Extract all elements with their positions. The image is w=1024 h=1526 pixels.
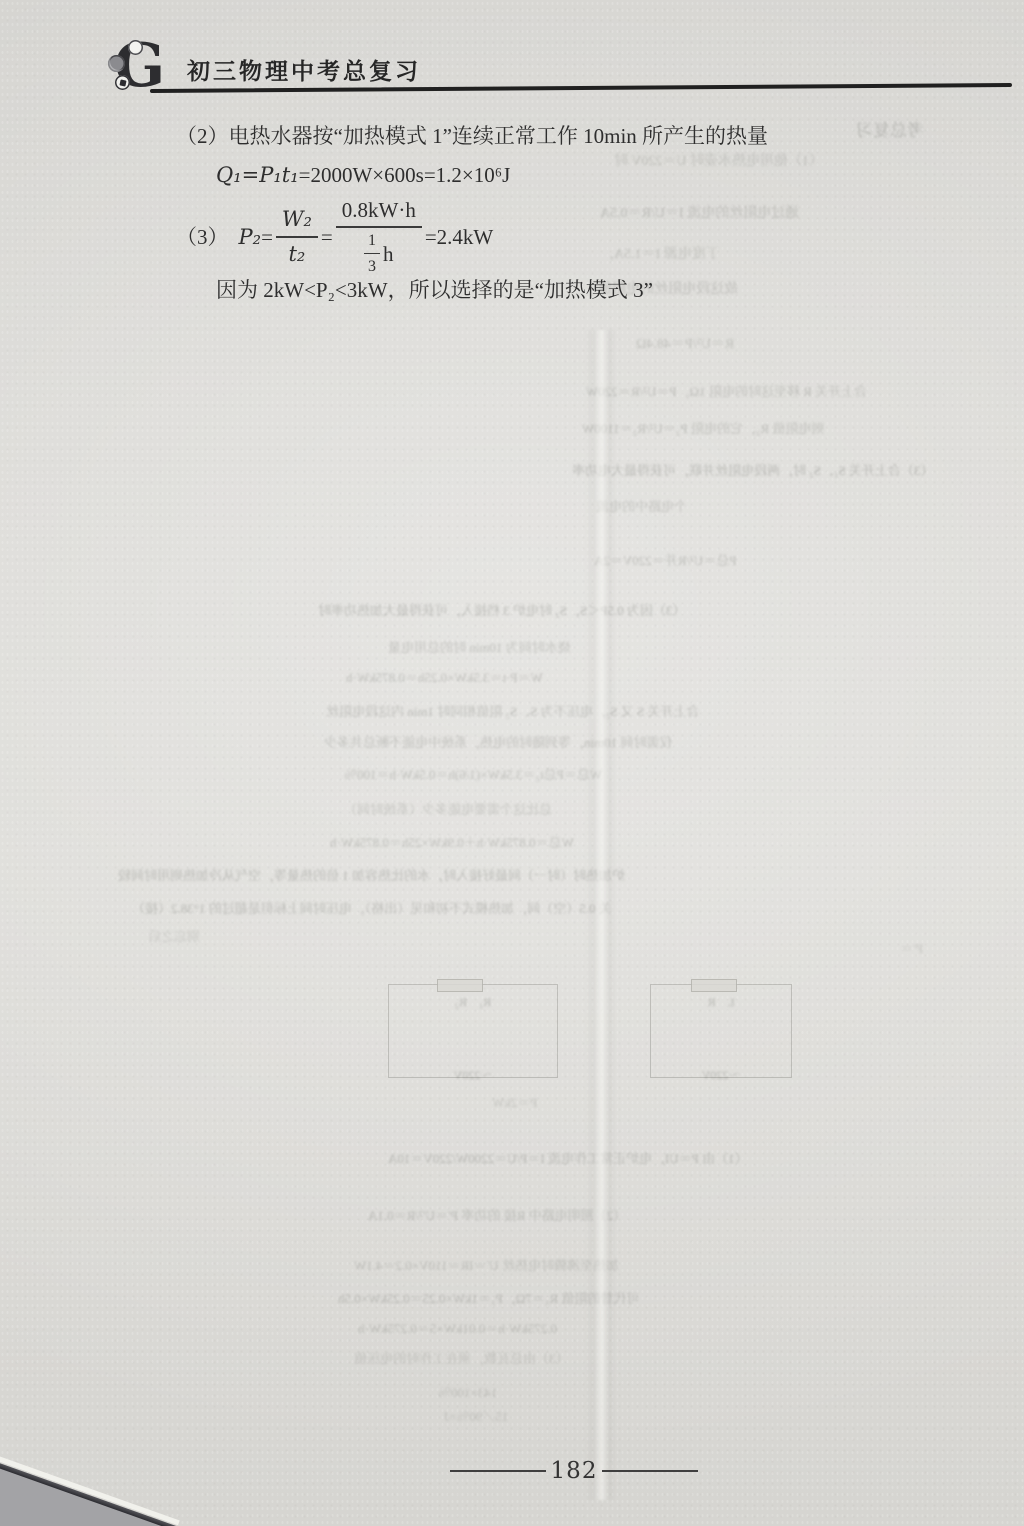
bleed-through-text: 考总复习 bbox=[856, 116, 924, 141]
page-number-rule-right bbox=[602, 1470, 698, 1472]
fraction-w2-t2: W₂ t₂ bbox=[276, 205, 318, 268]
bleed-through-text: 合上开关 S 又 S₂，电压不为 S、S₂ 阻值相同时 1min 内这段电阻丝 bbox=[326, 701, 699, 720]
bleed-through-text: W总＝P总t₂＝3.5kW×(1/6)h＝0.5kW·h＝100％ bbox=[344, 764, 602, 783]
bleed-through-text: 143×100％ bbox=[438, 1382, 497, 1401]
basketball-icon bbox=[108, 55, 125, 72]
unit-hours: h bbox=[383, 240, 394, 268]
bleed-through-text: 别忘之后 bbox=[148, 926, 200, 945]
scanned-book-page: 考总复习（1）他用电热水壶时 U＝220V 时通过电阻丝的电流 I＝U/R＝0.… bbox=[0, 0, 1024, 1526]
bleed-through-text: 炉加热时（时一）间最好接入时，水的比热容加 1 倍的热量等，空气从冷加热则用时间… bbox=[118, 865, 625, 884]
bleed-through-circuit-label: R₁ R₂ bbox=[389, 993, 557, 1010]
bleed-through-text: R＝U²/P＝48.4Ω bbox=[636, 333, 734, 353]
formula-values: =2000W×600s=1.2×10⁶J bbox=[299, 163, 511, 187]
bleed-through-text: W总＝0.875kW·h＋0.9kW×25h＝0.875kW·h bbox=[330, 832, 574, 851]
bleed-through-text: 通过电阻丝的电流 I＝U/R＝0.5A bbox=[600, 202, 799, 222]
bleed-through-circuit-label: L R bbox=[651, 993, 791, 1010]
bleed-through-text: P＝2kW bbox=[492, 1092, 538, 1111]
scanner-backing: { "header": { "logo_letter": "G", "title… bbox=[0, 0, 1024, 1526]
part3-equation: P₂ = W₂ t₂ = 0.8kW·h 1 3 h =2.4kW bbox=[239, 196, 494, 278]
solution-part3-line: （3） P₂ = W₂ t₂ = 0.8kW·h 1 3 h =2.4kW bbox=[176, 196, 493, 278]
bleed-through-text: 加热至沸腾时电热丝 U′＝IR＝110V×0.2＝4.1W bbox=[354, 1255, 619, 1274]
bleed-through-text: 烧水时间为 10min 时的总用电量 bbox=[388, 637, 571, 656]
book-title: 初三物理中考总复习 bbox=[187, 53, 421, 86]
bleed-through-circuit-diagram: R₁ R₂～220V bbox=[388, 984, 558, 1078]
conclusion-line: 因为 2kW<P₂<3kW，所以选择的是“加热模式 3” bbox=[216, 276, 653, 304]
bleed-through-resistor-symbol bbox=[437, 979, 483, 992]
formula-variables: Q₁=P₁t₁ bbox=[216, 163, 299, 187]
part2-formula: Q₁=P₁t₁=2000W×600s=1.2×10⁶J bbox=[216, 161, 510, 189]
page-number: 182 bbox=[551, 1458, 598, 1484]
bleed-through-layer: 考总复习（1）他用电热水壶时 U＝220V 时通过电阻丝的电流 I＝U/R＝0.… bbox=[0, 0, 1024, 1526]
bleed-through-voltage-label: ～220V bbox=[651, 1066, 791, 1083]
paper-texture bbox=[0, 0, 1024, 1526]
bleed-through-text: 关 0.5（空）间，加热模式不初和见（出格），电压时间上标但是超过的 1°38.… bbox=[132, 898, 612, 917]
fraction-numerator: W₂ bbox=[276, 205, 318, 237]
equals-sign: = bbox=[321, 223, 333, 251]
bleed-through-text: （2）照明电路中 R接 的功率 P′＝U′²/R＝0.1A bbox=[368, 1205, 626, 1224]
bleed-through-text: 仅需时间 10min，等到随时的电热，系统中电能不断总共多少 bbox=[324, 732, 672, 751]
bleed-through-text: 可代替的阻值 R₁＝7Ω，P₁＝1kW×0.25＝0.25kW×0.5h bbox=[338, 1288, 639, 1307]
bleed-through-text: 总比这个需要电能多少（系统时间） bbox=[344, 799, 552, 818]
bleed-through-text: （3）合上开关 S₁、S₂ 时，两段电阻丝并联，可获得最大电功率 bbox=[572, 460, 934, 479]
scan-vignette bbox=[0, 0, 1024, 1526]
equals-sign: = bbox=[261, 223, 273, 251]
bleed-through-text: P总＝U²/R并＝220V＝2A bbox=[594, 550, 737, 569]
bleed-through-text: （3）因为 0.5P＜S，S₂ 时电炉 3 档接入，可获得最大加热功率时 bbox=[318, 600, 685, 619]
bleed-through-text: 15／90％×J bbox=[444, 1406, 508, 1425]
bleed-through-text: 个电路中的电流 bbox=[596, 496, 687, 515]
fraction-denominator: 1 3 h bbox=[364, 228, 394, 277]
fraction-denominator: 3 bbox=[368, 254, 376, 278]
bleed-through-text: 丁度电源 I＝1.5A， bbox=[600, 243, 720, 263]
fraction-numerator: 0.8kW·h bbox=[336, 196, 422, 228]
bleed-through-text: （3）由总瓦数，须在工作时的电压值 bbox=[354, 1348, 569, 1367]
solution-part2-line: （2）电热水器按“加热模式 1”连续正常工作 10min 所产生的热量 bbox=[176, 122, 768, 150]
page-number-rule-left bbox=[450, 1470, 546, 1472]
bleed-through-text: （1）他用电热水壶时 U＝220V 时 bbox=[614, 150, 823, 170]
fraction-denominator: t₂ bbox=[288, 238, 305, 268]
soccer-ball-icon bbox=[115, 75, 130, 90]
fraction-one-third: 1 3 bbox=[364, 230, 380, 277]
equation-result: =2.4kW bbox=[425, 223, 493, 251]
page-footer: 182 bbox=[62, 1458, 1024, 1484]
bleed-through-text: 则电阻值 R₂，它的电阻 P₂＝U²/R₂＝1100W bbox=[582, 418, 824, 437]
bleed-through-resistor-symbol bbox=[691, 979, 737, 992]
vertical-paper-crease bbox=[586, 330, 616, 1500]
bleed-through-text: 0.275kW·h＝0.01kW×5＝0.275kW·h bbox=[358, 1318, 557, 1337]
bleed-through-text: P′＝ bbox=[900, 938, 923, 957]
fraction-energy-time: 0.8kW·h 1 3 h bbox=[336, 196, 422, 278]
bleed-through-text: 合上开关 R 移至这时的电阻 1Ω，P＝U²/R＝220W bbox=[586, 381, 867, 400]
bleed-through-text: W＝P·t＝3.5kW×0.25h＝0.875kW·h bbox=[346, 667, 543, 686]
bleed-through-voltage-label: ～220V bbox=[389, 1066, 557, 1083]
part2-text: 电热水器按“加热模式 1”连续正常工作 10min 所产生的热量 bbox=[229, 124, 769, 148]
part3-label: （3） bbox=[176, 223, 229, 251]
volleyball-icon bbox=[128, 40, 143, 55]
fraction-numerator: 1 bbox=[364, 230, 380, 254]
part2-label: （2） bbox=[176, 124, 229, 148]
p2-variable: P₂ bbox=[239, 223, 262, 251]
bleed-through-circuit-diagram: L R～220V bbox=[650, 984, 792, 1078]
bleed-through-text: （1）由 P＝UI，电炉正常工作电流 I＝P/U＝2200W/220V＝10A bbox=[388, 1148, 748, 1167]
